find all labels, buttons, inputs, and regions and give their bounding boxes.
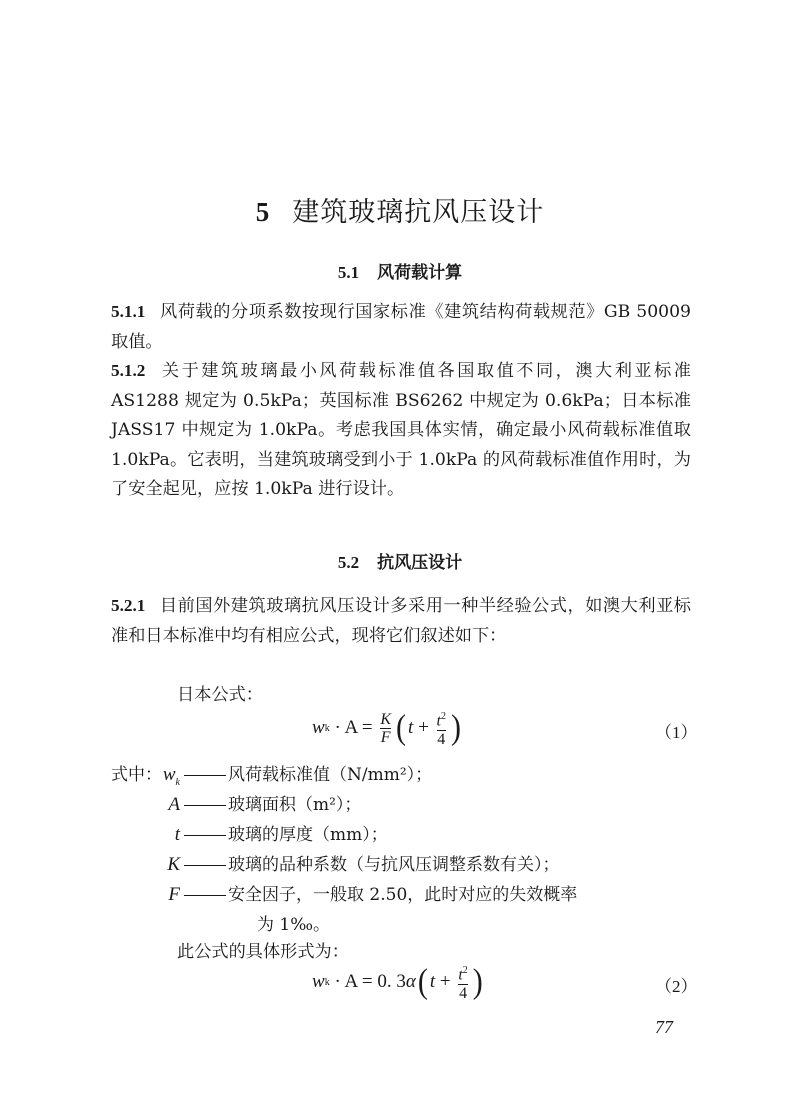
- definition-text: 玻璃的品种系数（与抗风压调整系数有关）；: [228, 855, 560, 875]
- dash: [184, 895, 226, 896]
- symbol: A: [156, 794, 180, 816]
- dash: [184, 775, 226, 776]
- fraction: KF: [380, 711, 391, 746]
- clause-text: 风荷载的分项系数按现行国家标准《建筑结构荷载规范》GB 50009 取值。: [111, 302, 691, 352]
- clause-text: 目前国外建筑玻璃抗风压设计多采用一种半经验公式，如澳大利亚标准和日本标准中均有相…: [111, 596, 691, 646]
- definition-f-continuation: 为 1‰。: [257, 910, 330, 935]
- definitions-list: 式中： wk风荷载标准值（N/mm²）； A玻璃面积（m²）； t玻璃的厚度（m…: [111, 760, 711, 930]
- dash: [184, 835, 226, 836]
- dash: [184, 805, 226, 806]
- subscript: k: [176, 777, 180, 788]
- symbol: t: [156, 824, 180, 846]
- clause-5-1-1: 5.1.1风荷载的分项系数按现行国家标准《建筑结构荷载规范》GB 50009 取…: [111, 297, 691, 357]
- section-title-text: 风荷载计算: [377, 263, 462, 283]
- numerator: K: [380, 711, 391, 728]
- dash: [184, 865, 226, 866]
- fraction: t24: [458, 962, 467, 1001]
- section-title-text: 抗风压设计: [377, 553, 462, 573]
- section-number: 5.2: [338, 553, 359, 572]
- operator: +: [413, 717, 433, 739]
- japan-formula-label: 日本公式：: [177, 680, 263, 705]
- denominator: F: [381, 729, 391, 746]
- symbol: w: [163, 764, 176, 785]
- clause-number: 5.1.1: [111, 302, 145, 321]
- definition-wk: wk风荷载标准值（N/mm²）；: [156, 760, 432, 788]
- section-number: 5.1: [338, 263, 359, 282]
- chapter-title-text: 建筑玻璃抗风压设计: [292, 197, 544, 228]
- symbol: K: [156, 854, 180, 876]
- definition-text: 安全因子，一般取 2.50，此时对应的失效概率: [228, 885, 577, 905]
- symbol: w: [312, 717, 325, 739]
- formula-2: wk · A = 0. 3α (t + t24): [312, 957, 485, 1007]
- clause-text: 关于建筑玻璃最小风荷载标准值各国取值不同，澳大利亚标准 AS1288 规定为 0…: [111, 361, 691, 499]
- denominator: 4: [459, 985, 467, 1002]
- section-title-5-1: 5.1风荷载计算: [0, 258, 800, 283]
- operator: · A =: [330, 971, 378, 993]
- definition-text: 风荷载标准值（N/mm²）；: [228, 765, 432, 785]
- superscript: 2: [441, 711, 446, 722]
- operator: · A =: [330, 717, 378, 739]
- definition-f: F安全因子，一般取 2.50，此时对应的失效概率: [156, 880, 577, 906]
- symbol: α: [406, 971, 416, 993]
- clause-number: 5.2.1: [111, 596, 145, 615]
- symbol: F: [156, 884, 180, 906]
- equation-number-1: （1）: [655, 718, 698, 743]
- symbol: w: [312, 971, 325, 993]
- operator: +: [435, 971, 455, 993]
- definition-t: t玻璃的厚度（mm）；: [156, 820, 388, 846]
- denominator: 4: [437, 731, 445, 748]
- formula-1: wk · A = KF (t + t24): [312, 703, 463, 753]
- fraction: t24: [437, 708, 446, 747]
- equation-number-2: （2）: [655, 972, 698, 997]
- coefficient: 0. 3: [377, 971, 406, 993]
- superscript: 2: [463, 965, 468, 976]
- page-number: 77: [655, 1017, 673, 1038]
- definition-a: A玻璃面积（m²）；: [156, 790, 361, 816]
- definition-k: K玻璃的品种系数（与抗风压调整系数有关）；: [156, 850, 560, 876]
- definition-text: 玻璃的厚度（mm）；: [228, 825, 388, 845]
- definition-text: 玻璃面积（m²）；: [228, 795, 361, 815]
- section-title-5-2: 5.2抗风压设计: [0, 548, 800, 573]
- chapter-title: 5建筑玻璃抗风压设计: [0, 190, 800, 229]
- clause-5-1-2: 5.1.2关于建筑玻璃最小风荷载标准值各国取值不同，澳大利亚标准 AS1288 …: [111, 356, 691, 505]
- clause-number: 5.1.2: [111, 361, 145, 380]
- where-label: 式中：: [111, 760, 162, 785]
- clause-5-2-1: 5.2.1目前国外建筑玻璃抗风压设计多采用一种半经验公式，如澳大利亚标准和日本标…: [111, 591, 691, 651]
- chapter-number: 5: [256, 197, 271, 227]
